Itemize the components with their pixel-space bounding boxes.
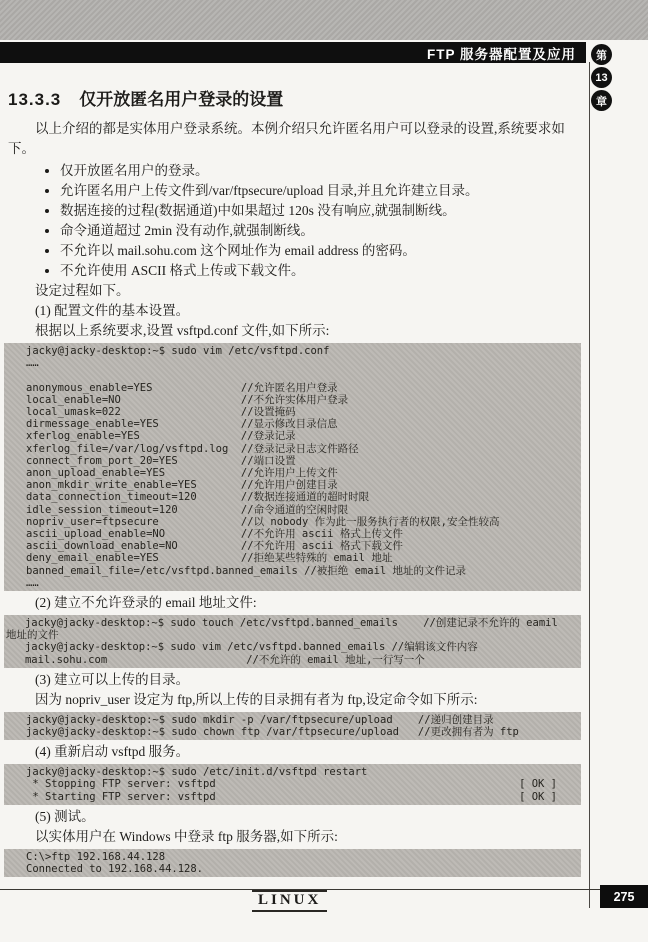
step-3-desc: 因为 nopriv_user 设定为 ftp,所以上传的目录拥有者为 ftp,设… — [8, 690, 582, 710]
code-block-vsftpd-conf: jacky@jacky-desktop:~$ sudo vim /etc/vsf… — [4, 343, 581, 591]
scan-top-band — [0, 0, 648, 40]
list-item: 允许匿名用户上传文件到/var/ftpsecure/upload 目录,并且允许… — [60, 181, 582, 201]
chapter-tab: 第 13 章 — [591, 44, 613, 113]
step-5-heading: (5) 测试。 — [8, 807, 582, 827]
intro-paragraph: 以上介绍的都是实体用户登录系统。本例介绍只允许匿名用户可以登录的设置,系统要求如… — [8, 119, 582, 159]
list-item: 仅开放匿名用户的登录。 — [60, 161, 582, 181]
section-heading: 13.3.3仅开放匿名用户登录的设置 — [8, 85, 582, 109]
section-title: 仅开放匿名用户登录的设置 — [79, 90, 283, 109]
list-item: 数据连接的过程(数据通道)中如果超过 120s 没有响应,就强制断线。 — [60, 201, 582, 221]
list-item: 不允许使用 ASCII 格式上传或下载文件。 — [60, 261, 582, 281]
page-number-badge: 275 — [600, 885, 648, 908]
step-5-desc: 以实体用户在 Windows 中登录 ftp 服务器,如下所示: — [8, 827, 582, 847]
step-2-heading: (2) 建立不允许登录的 email 地址文件: — [8, 593, 582, 613]
step-1-heading: (1) 配置文件的基本设置。 — [8, 301, 582, 321]
book-page: FTP 服务器配置及应用 第 13 章 13.3.3仅开放匿名用户登录的设置 以… — [0, 0, 648, 942]
running-header-title: FTP 服务器配置及应用 — [427, 43, 576, 63]
code-block-upload-dir: jacky@jacky-desktop:~$ sudo mkdir -p /va… — [4, 712, 581, 740]
list-item: 不允许以 mail.sohu.com 这个网址作为 email address … — [60, 241, 582, 261]
code-block-restart: jacky@jacky-desktop:~$ sudo /etc/init.d/… — [4, 764, 581, 805]
chapter-tab-circle-zhang: 章 — [591, 90, 612, 111]
requirements-list: 仅开放匿名用户的登录。 允许匿名用户上传文件到/var/ftpsecure/up… — [8, 161, 582, 281]
margin-rule — [589, 62, 590, 908]
step-1-desc: 根据以上系统要求,设置 vsftpd.conf 文件,如下所示: — [8, 321, 582, 341]
page-content: 13.3.3仅开放匿名用户登录的设置 以上介绍的都是实体用户登录系统。本例介绍只… — [8, 85, 582, 879]
code-block-ftp-test: C:\>ftp 192.168.44.128 Connected to 192.… — [4, 849, 581, 877]
chapter-tab-circle-di: 第 — [591, 44, 612, 65]
linux-logo: LINUX — [252, 890, 327, 912]
chapter-tab-circle-number: 13 — [591, 67, 612, 88]
step-4-heading: (4) 重新启动 vsftpd 服务。 — [8, 742, 582, 762]
process-note: 设定过程如下。 — [8, 281, 582, 301]
section-number: 13.3.3 — [8, 90, 61, 109]
code-block-banned-emails: jacky@jacky-desktop:~$ sudo touch /etc/v… — [4, 615, 581, 668]
step-3-heading: (3) 建立可以上传的目录。 — [8, 670, 582, 690]
list-item: 命令通道超过 2min 没有动作,就强制断线。 — [60, 221, 582, 241]
running-header-bar: FTP 服务器配置及应用 — [0, 42, 586, 63]
